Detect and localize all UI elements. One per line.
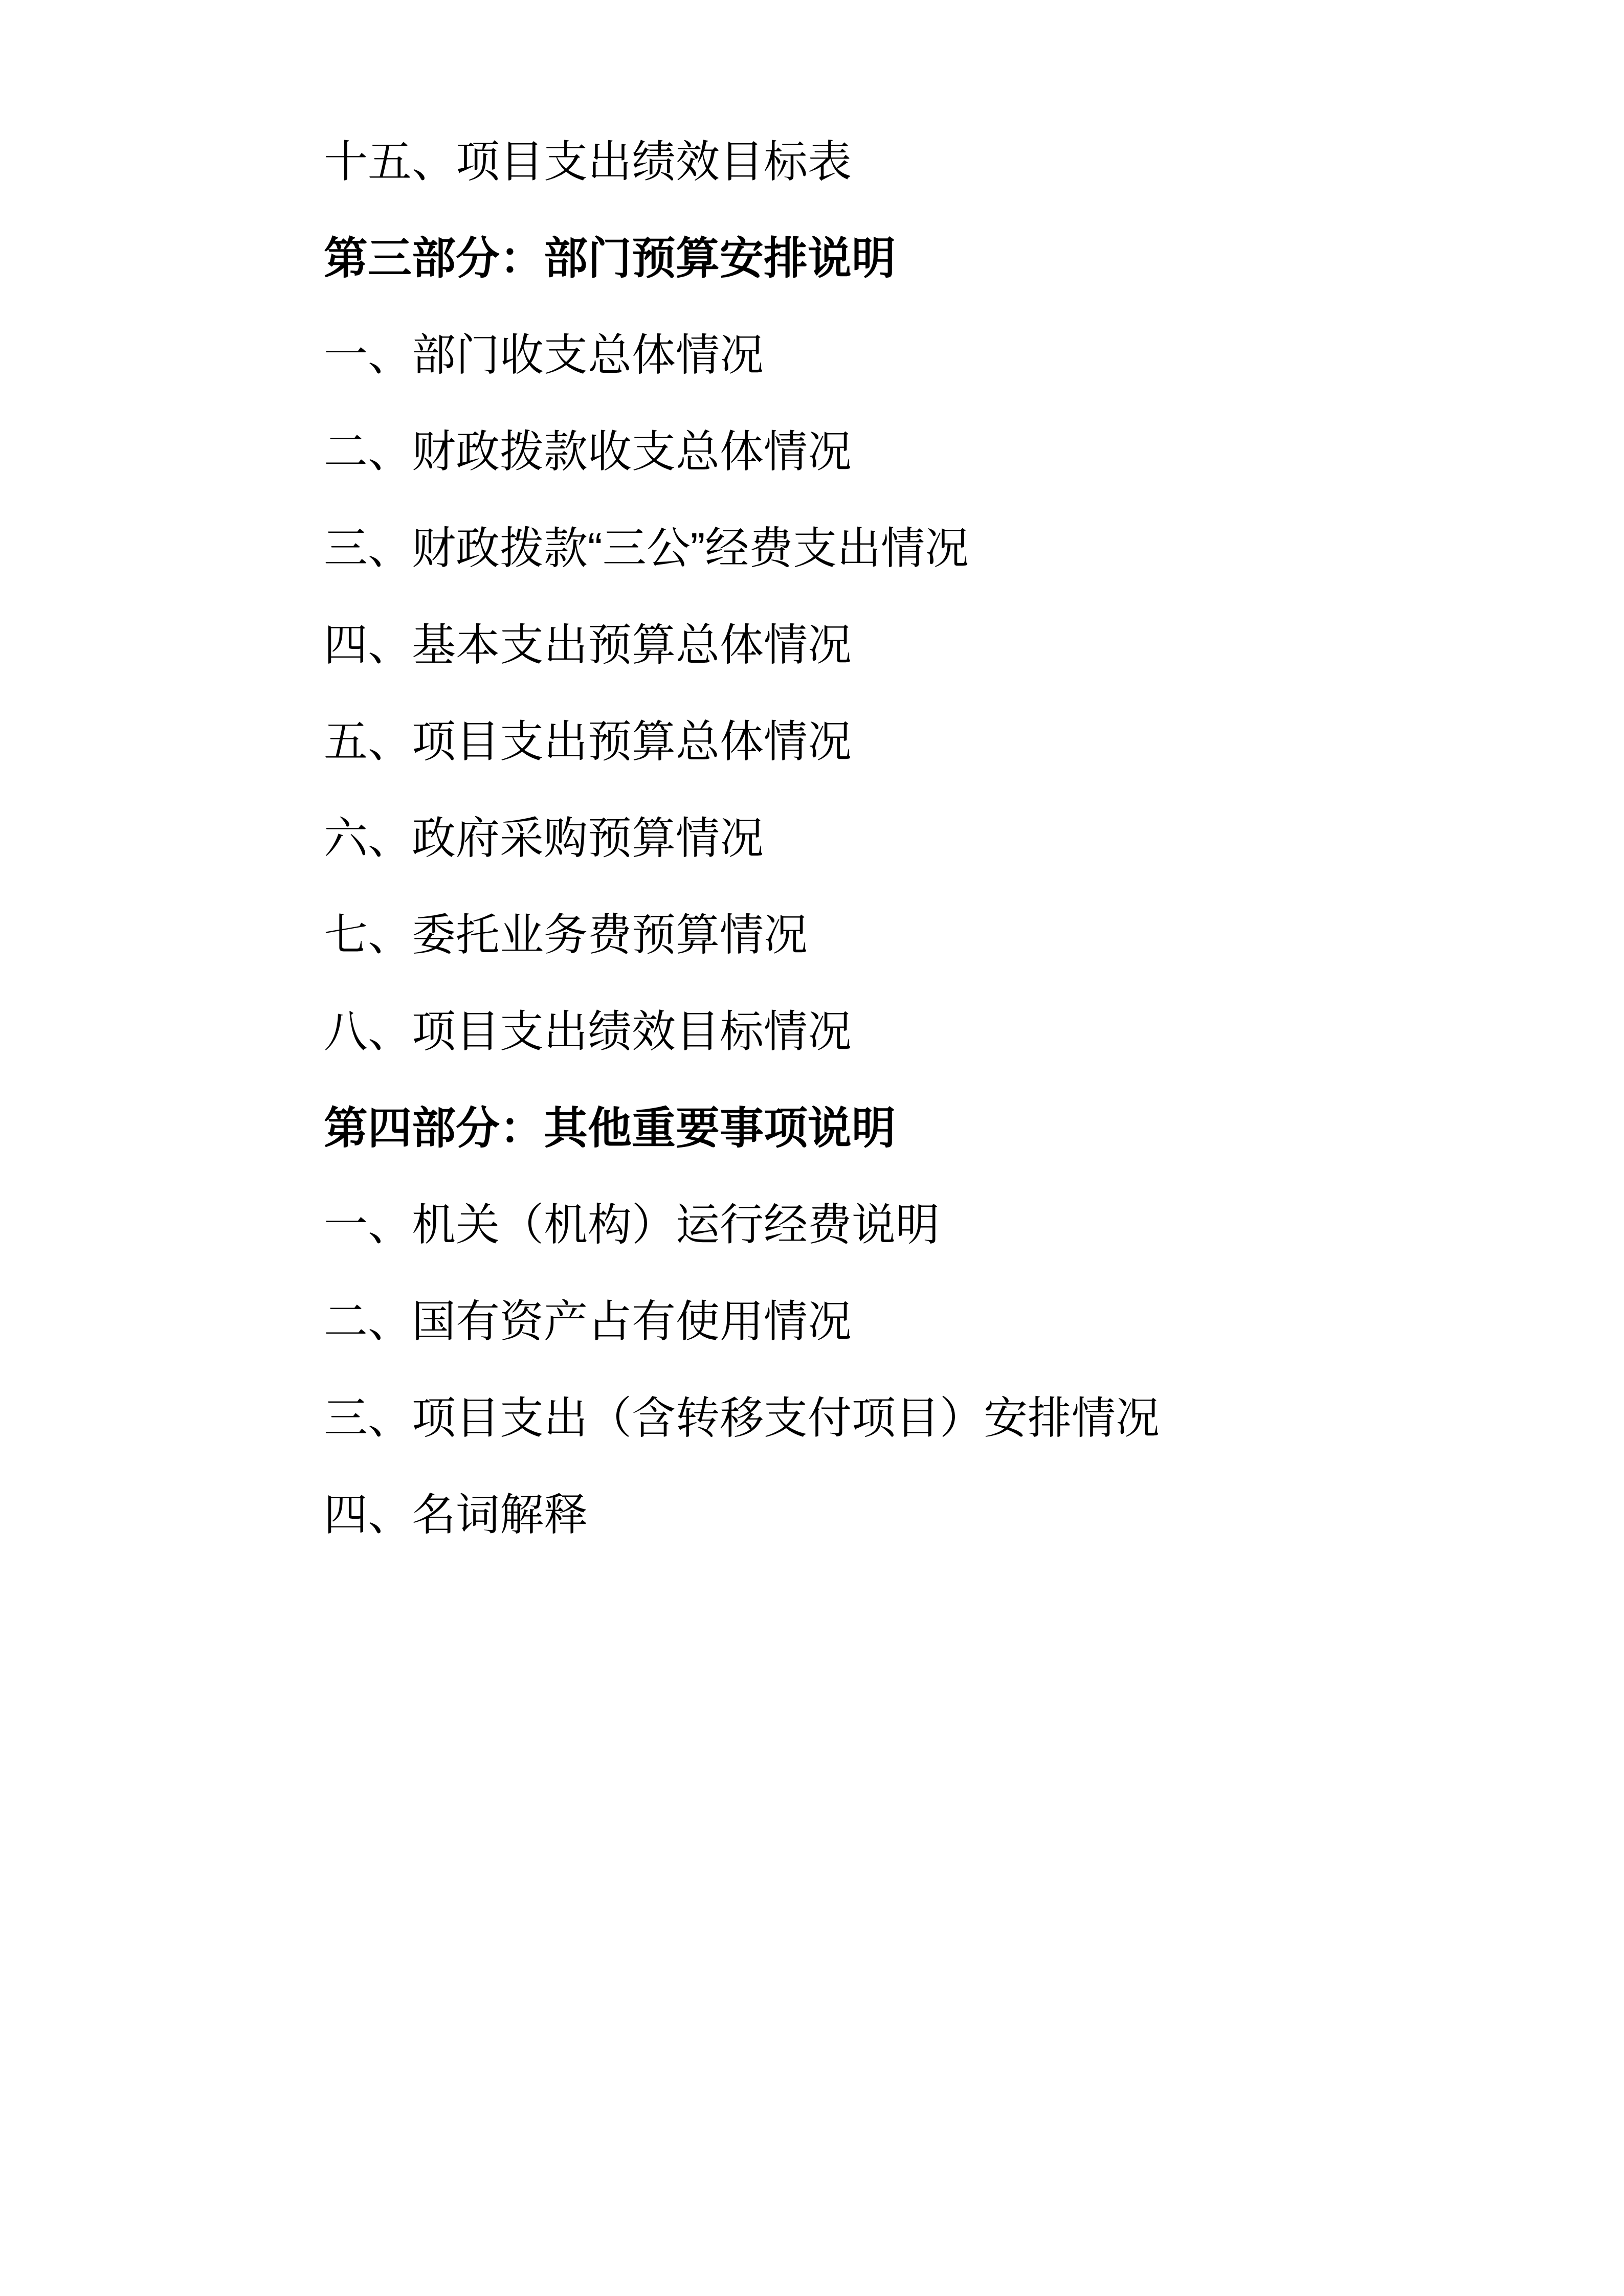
document-page: 十五、项目支出绩效目标表 第三部分：部门预算安排说明 一、部门收支总体情况 二、…	[0, 0, 1624, 2296]
toc-item-part4-2: 二、国有资产占有使用情况	[324, 1300, 1551, 1344]
toc-item-15-project-performance-table: 十五、项目支出绩效目标表	[324, 140, 1551, 184]
toc-item-part3-1: 一、部门收支总体情况	[324, 333, 1551, 377]
toc-item-part3-3: 三、财政拨款“三公”经费支出情况	[324, 527, 1551, 571]
toc-item-part3-4: 四、基本支出预算总体情况	[324, 623, 1551, 667]
section-heading-part3: 第三部分：部门预算安排说明	[324, 237, 1551, 281]
toc-item-part3-8: 八、项目支出绩效目标情况	[324, 1010, 1551, 1054]
toc-item-part3-7: 七、委托业务费预算情况	[324, 913, 1551, 957]
table-of-contents: 十五、项目支出绩效目标表 第三部分：部门预算安排说明 一、部门收支总体情况 二、…	[324, 140, 1551, 1590]
toc-item-part3-6: 六、政府采购预算情况	[324, 817, 1551, 861]
toc-item-part4-3: 三、项目支出（含转移支付项目）安排情况	[324, 1397, 1551, 1440]
toc-item-part4-1: 一、机关（机构）运行经费说明	[324, 1203, 1551, 1247]
toc-item-part3-5: 五、项目支出预算总体情况	[324, 720, 1551, 764]
toc-item-part3-2: 二、财政拨款收支总体情况	[324, 430, 1551, 474]
toc-item-part4-4: 四、名词解释	[324, 1493, 1551, 1537]
section-heading-part4: 第四部分：其他重要事项说明	[324, 1107, 1551, 1151]
